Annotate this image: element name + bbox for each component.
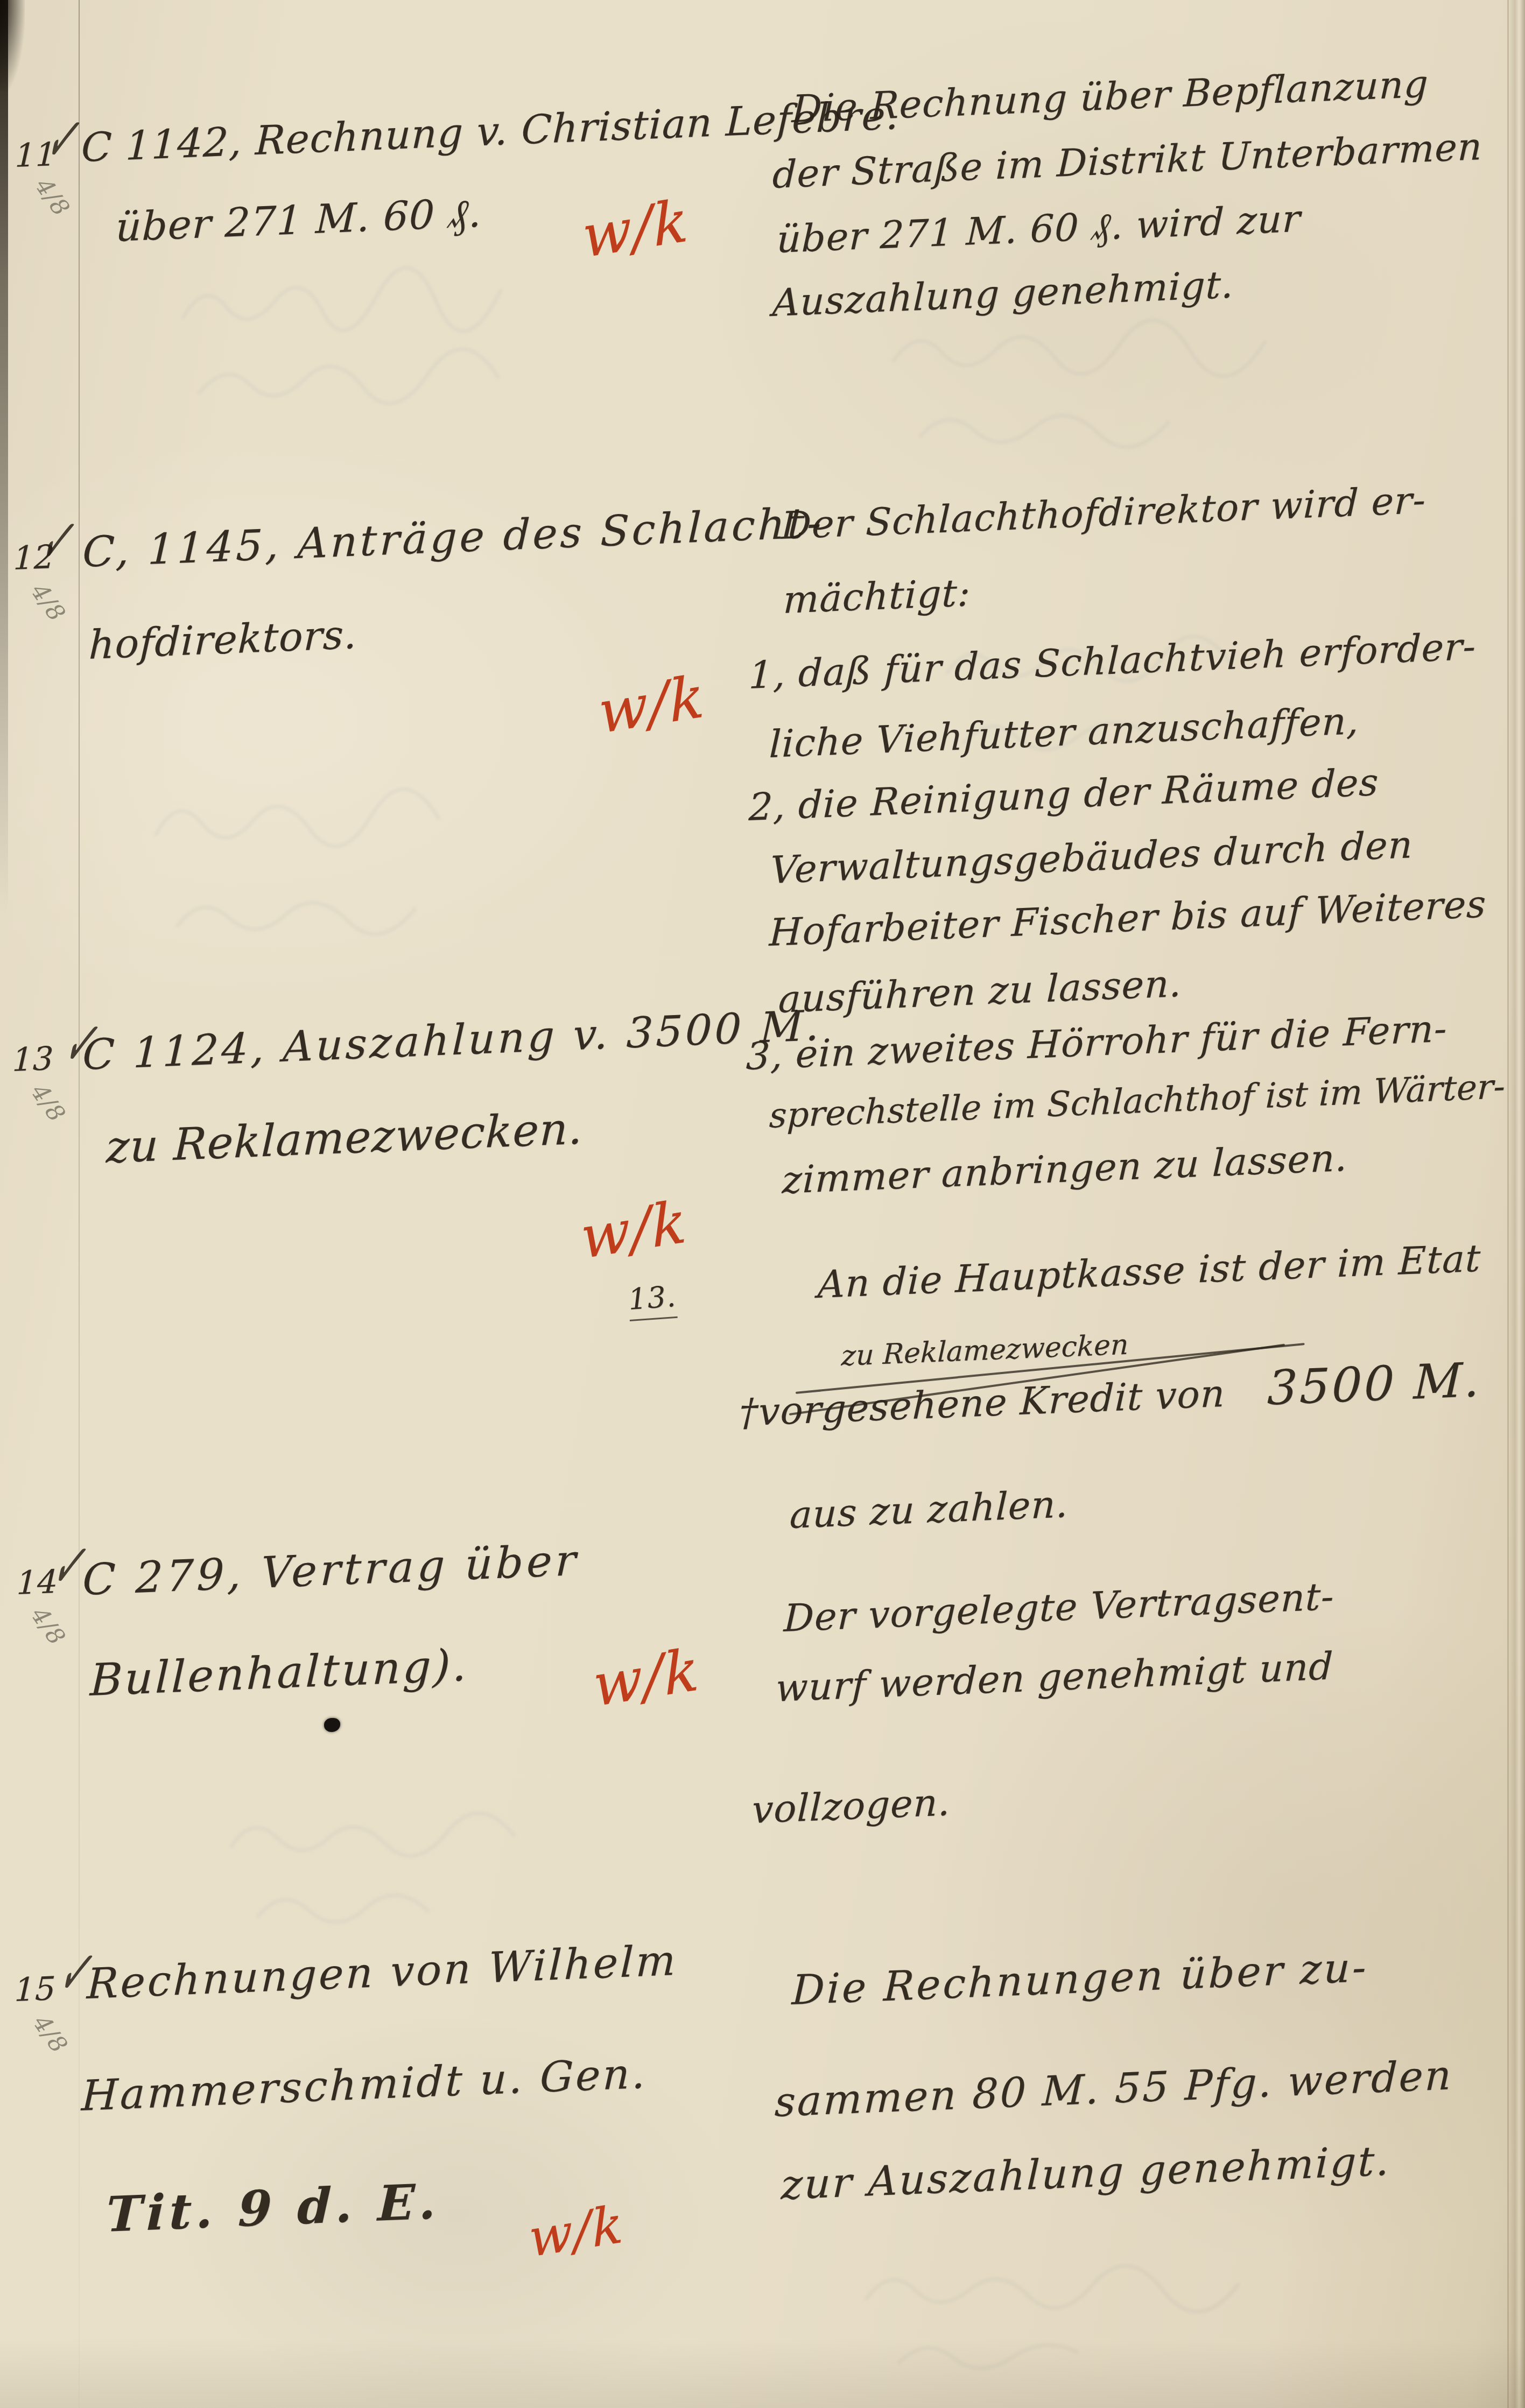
bleedthrough-squiggle bbox=[178, 253, 619, 447]
entry-date: 4/8 bbox=[27, 580, 69, 626]
bleedthrough-squiggle bbox=[226, 1792, 646, 1954]
subject-line: Tit. 9 d. E. bbox=[106, 2177, 441, 2239]
decision-line: Die Rechnung über Bepflanzung bbox=[791, 65, 1429, 128]
red-approval-mark: w/k bbox=[592, 1640, 701, 1716]
decision-line: Auszahlung genehmigt. bbox=[772, 265, 1234, 322]
decision-line: Verwaltungsgebäudes durch den bbox=[770, 826, 1414, 889]
decision-line: zur Auszahlung genehmigt. bbox=[781, 2140, 1391, 2206]
document-page: ✓ 11 4/8 C 1142, Rechnung v. Christian L… bbox=[0, 0, 1525, 2408]
subject-line: C, 1145, Anträge des Schlacht- bbox=[82, 502, 825, 574]
red-approval-mark: w/k bbox=[528, 2198, 626, 2265]
subject-line: C 279, Vertrag über bbox=[82, 1539, 580, 1602]
entry-number: 12 bbox=[13, 541, 55, 575]
bleedthrough-squiggle bbox=[151, 764, 608, 990]
entry-date: 4/8 bbox=[29, 2011, 71, 2058]
decision-line: Der Schlachthofdirektor wird er- bbox=[781, 481, 1426, 545]
subject-line: hofdirektors. bbox=[88, 615, 358, 665]
subject-line: Rechnungen von Wilhelm bbox=[86, 1940, 678, 2005]
entry-number: 14 bbox=[16, 1566, 58, 1600]
decision-line: sprechstelle im Schlachthof ist im Wärte… bbox=[769, 1069, 1506, 1133]
entry-number: 13 bbox=[12, 1043, 54, 1076]
subject-line: zu Reklamezwecken. bbox=[106, 1107, 584, 1170]
decision-line: Die Rechnungen über zu- bbox=[791, 1947, 1369, 2011]
page-crease bbox=[1507, 0, 1509, 2408]
paper-bottom-shade bbox=[0, 2338, 1525, 2408]
decision-line: 2, die Reinigung der Räume des bbox=[748, 763, 1379, 826]
subject-line: C 1124, Auszahlung v. 3500 M. bbox=[82, 1005, 823, 1076]
decision-line: ausführen zu lassen. bbox=[778, 964, 1182, 1018]
entry-date: 4/8 bbox=[31, 174, 73, 221]
entry-date: 4/8 bbox=[27, 1603, 69, 1650]
decision-line: liche Viehfutter anzuschaffen, bbox=[769, 702, 1360, 763]
entry-number: 15 bbox=[14, 1973, 56, 2006]
decision-line: wurf werden genehmigt und bbox=[775, 1647, 1334, 1707]
paper-edge-right bbox=[1508, 0, 1525, 2408]
bleedthrough-squiggle bbox=[888, 301, 1373, 479]
pencil-margin-line bbox=[79, 0, 80, 2408]
decision-line: Hofarbeiter Fischer bis auf Weiteres bbox=[769, 885, 1487, 952]
decision-line: An die Hauptkasse ist der im Etat bbox=[817, 1239, 1481, 1304]
decision-line-rest: Kredit von bbox=[1020, 1371, 1226, 1424]
decision-line: mächtigt: bbox=[783, 574, 971, 619]
amount-value: 3500 M. bbox=[1267, 1351, 1482, 1416]
decision-line: über 271 M. 60 ₰. wird zur bbox=[776, 200, 1301, 258]
decision-line: Der vorgelegte Vertragsent- bbox=[783, 1578, 1335, 1637]
decision-line: zimmer anbringen zu lassen. bbox=[782, 1139, 1348, 1199]
paper-corner-shadow bbox=[0, 0, 25, 91]
paper-edge-left bbox=[0, 0, 8, 915]
red-approval-mark: w/k bbox=[581, 192, 690, 267]
decision-line: aus zu zahlen. bbox=[789, 1485, 1069, 1534]
decision-line: sammen 80 M. 55 Pfg. werden bbox=[774, 2054, 1453, 2123]
reference-number: 13. bbox=[627, 1282, 677, 1321]
decision-line: 3, ein zweites Hörrohr für die Fern- bbox=[746, 1010, 1448, 1075]
red-approval-mark: w/k bbox=[597, 667, 706, 743]
dagger-mark: † bbox=[739, 1390, 759, 1435]
red-approval-mark: w/k bbox=[579, 1193, 688, 1268]
subject-line: Bullenhaltung). bbox=[89, 1644, 469, 1703]
entry-date: 4/8 bbox=[27, 1080, 69, 1126]
decision-line: vollzogen. bbox=[751, 1783, 951, 1829]
decision-line: 1, daß für das Schlachtvieh erforder- bbox=[748, 628, 1477, 694]
subject-line: Hammerschmidt u. Gen. bbox=[81, 2053, 648, 2117]
entry-number: 11 bbox=[15, 138, 57, 172]
ink-blot bbox=[324, 1718, 340, 1732]
subject-line: über 271 M. 60 ₰. bbox=[115, 193, 482, 248]
